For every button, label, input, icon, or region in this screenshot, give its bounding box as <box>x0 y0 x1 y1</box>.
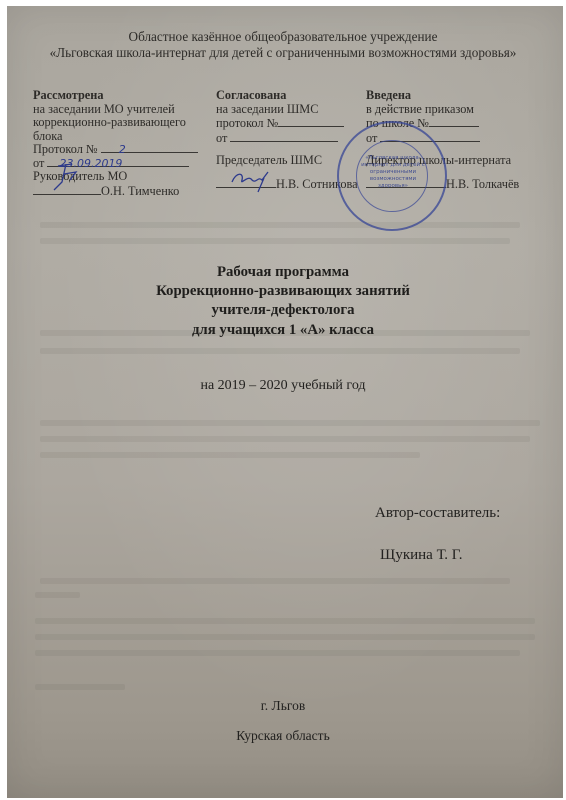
date-label: от <box>216 131 227 145</box>
stamp-text: «Льговская школа-интернат для детей с ог… <box>357 155 429 190</box>
author-name: Щукина Т. Г. <box>380 547 462 564</box>
reviewed-line1: на заседании МО учителей <box>33 103 198 117</box>
order-number-field <box>429 116 479 127</box>
doc-title-line3: учителя-дефектолога <box>0 300 566 320</box>
protocol-number-field <box>278 116 344 127</box>
protocol-number-handwritten: 2 <box>119 143 126 156</box>
protocol-label: Протокол № <box>33 142 98 156</box>
region: Курская область <box>0 728 566 744</box>
reviewed-heading: Рассмотрена <box>33 89 198 103</box>
official-stamp: «Льговская школа-интернат для детей с ог… <box>337 121 447 231</box>
agreed-line1: на заседании ШМС <box>216 103 358 117</box>
doc-title-line1: Рабочая программа <box>0 262 566 282</box>
academic-year: на 2019 – 2020 учебный год <box>0 378 566 394</box>
date-field <box>230 131 338 142</box>
introduced-heading: Введена <box>366 89 519 103</box>
protocol-label: протокол № <box>216 116 278 130</box>
signer-name: О.Н. Тимченко <box>101 184 179 198</box>
date-label: от <box>33 156 44 170</box>
reviewed-line2: коррекционно-развивающего <box>33 116 198 130</box>
introduced-line1: в действие приказом <box>366 103 519 117</box>
city: г. Льгов <box>0 698 566 714</box>
signer-name: Н.В. Толкачёв <box>446 177 519 191</box>
signature-scribble-icon <box>228 168 278 194</box>
reviewed-protocol-row: Протокол № 2 <box>33 143 198 157</box>
reviewed-line3: блока <box>33 130 198 144</box>
agreed-date-row: от <box>216 131 358 146</box>
author-label: Автор-составитель: <box>375 505 500 522</box>
stamp-inner-ring: «Льговская школа-интернат для детей с ог… <box>356 140 428 212</box>
doc-title-line2: Коррекционно-развивающих занятий <box>0 281 566 301</box>
protocol-number-field: 2 <box>101 143 198 153</box>
institution-full-name: «Льговская школа-интернат для детей с ог… <box>0 45 566 61</box>
agreed-heading: Согласована <box>216 89 358 103</box>
agreed-protocol-row: протокол № <box>216 116 358 131</box>
chair-label: Председатель ШМС <box>216 154 358 168</box>
doc-title-line4: для учащихся 1 «А» класса <box>0 320 566 340</box>
institution-name: Областное казённое общеобразовательное у… <box>0 29 566 45</box>
signature-scribble-icon <box>48 160 88 194</box>
